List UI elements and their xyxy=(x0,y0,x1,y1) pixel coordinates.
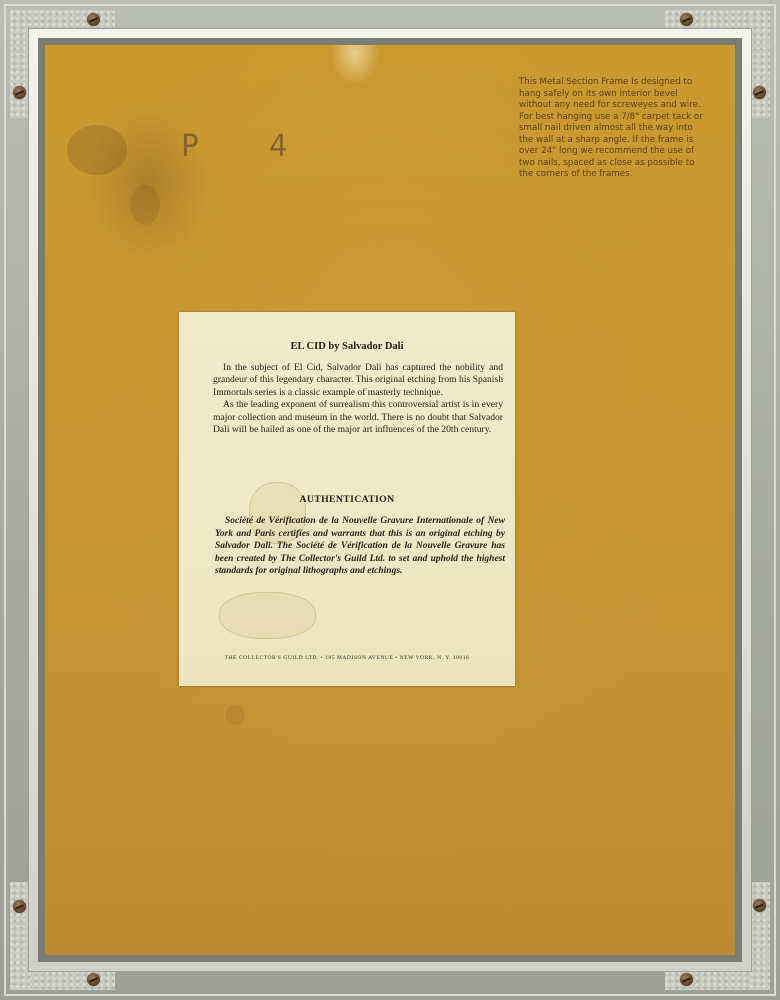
screw-icon xyxy=(13,900,26,913)
stain xyxy=(225,705,245,725)
label-paragraph: As the leading exponent of surrealism th… xyxy=(213,399,503,436)
label-description: In the subject of El Cid, Salvador Dali … xyxy=(213,362,503,436)
frame-note-text: This Metal Section Frame Is designed to … xyxy=(519,77,709,181)
authentication-paragraph: Société de Vérification de la Nouvelle G… xyxy=(215,515,505,578)
corner-bracket-bottom-left-vertical xyxy=(10,882,30,990)
metal-frame: P 4 This Metal Section Frame Is designed… xyxy=(0,0,780,1000)
frame-hanging-note: This Metal Section Frame Is designed to … xyxy=(519,77,709,181)
screw-icon xyxy=(13,86,26,99)
corner-bracket-top-left-vertical xyxy=(10,10,30,118)
board-mark: P 4 xyxy=(181,129,313,164)
stain xyxy=(67,125,127,175)
screw-icon xyxy=(753,86,766,99)
label-title: EL CID by Salvador Dali xyxy=(179,341,515,352)
corner-bracket-top-right-vertical xyxy=(750,10,770,118)
screw-icon xyxy=(87,973,100,986)
screw-icon xyxy=(680,973,693,986)
screw-icon xyxy=(753,899,766,912)
screw-icon xyxy=(87,13,100,26)
water-stain xyxy=(219,592,316,639)
authentication-text: Société de Vérification de la Nouvelle G… xyxy=(215,515,505,578)
label-footer: THE COLLECTOR'S GUILD LTD. • 185 MADISON… xyxy=(179,655,515,661)
paper-tear xyxy=(330,45,380,85)
stain xyxy=(130,185,160,225)
label-paragraph: In the subject of El Cid, Salvador Dali … xyxy=(213,362,503,399)
authentication-heading: AUTHENTICATION xyxy=(179,494,515,505)
authentication-label: EL CID by Salvador Dali In the subject o… xyxy=(179,312,515,686)
screw-icon xyxy=(680,13,693,26)
